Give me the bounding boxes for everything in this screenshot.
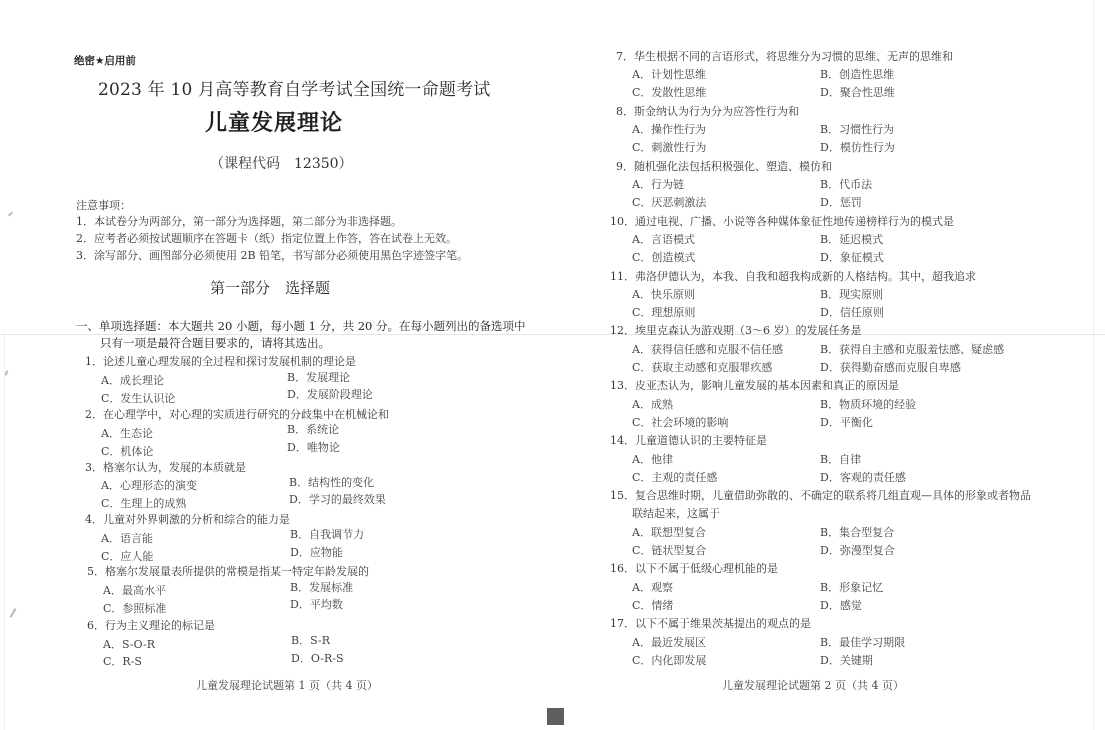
- section-heading: 一、单项选择题：本大题共 20 小题，每小题 1 分，共 20 分。在每小题列出…: [76, 318, 526, 334]
- option-c: C．刺激性行为: [632, 139, 706, 155]
- option-c: C．厌恶刺激法: [632, 194, 706, 210]
- question-stem: 16．以下不属于低级心理机能的是: [610, 560, 778, 576]
- option-c: C．主观的责任感: [632, 469, 717, 485]
- question-stem: 10．通过电视、广播、小说等各种媒体象征性地传递榜样行为的模式是: [610, 213, 954, 229]
- option-d: D．平衡化: [820, 414, 873, 430]
- question-stem: 12．埃里克森认为游戏期（3～6 岁）的发展任务是: [610, 322, 862, 338]
- exam-page-2: 7．华生根据不同的言语形式，将思维分为习惯的思维、无声的思维和 A．计划性思维 …: [560, 0, 1105, 730]
- question-stem: 9．随机强化法包括积极强化、塑造、模仿和: [616, 158, 832, 174]
- question-stem: 13．皮亚杰认为，影响儿童发展的基本因素和真正的原因是: [610, 377, 899, 393]
- option-a: A．他律: [632, 451, 673, 467]
- option-b: B．自律: [820, 451, 861, 467]
- option-a: A．语言能: [101, 530, 153, 546]
- option-b: B．代币法: [820, 176, 872, 192]
- question-stem: 6．行为主义理论的标记是: [87, 617, 215, 633]
- option-b: B．物质环境的经验: [820, 396, 916, 412]
- option-d: D．聚合性思维: [820, 84, 895, 100]
- option-c: C．获取主动感和克服罪疚感: [632, 359, 772, 375]
- option-d: D．平均数: [290, 596, 343, 612]
- notes-title: 注意事项：: [76, 197, 131, 213]
- option-b: B．最佳学习期限: [820, 634, 905, 650]
- question-stem-cont: 联结起来，这属于: [632, 505, 720, 521]
- option-a: A．S-O-R: [103, 636, 155, 652]
- section-heading-cont: 只有一项是最符合题目要求的，请将其选出。: [100, 335, 330, 351]
- option-c: C．情绪: [632, 597, 673, 613]
- option-a: A．计划性思维: [632, 66, 706, 82]
- question-stem: 8．斯金纳认为行为分为应答性行为和: [616, 103, 799, 119]
- page-footer: 儿童发展理论试题第 1 页（共 4 页）: [196, 677, 378, 693]
- option-b: B．发展标准: [290, 579, 353, 595]
- option-b: B．获得自主感和克服羞怯感、疑虑感: [820, 341, 1004, 357]
- option-b: B．现实原则: [820, 286, 883, 302]
- course-code: （课程代码 12350）: [210, 153, 353, 173]
- option-c: C．R-S: [103, 653, 142, 669]
- option-d: D．模仿性行为: [820, 139, 895, 155]
- note-item: 1．本试卷分为两部分，第一部分为选择题，第二部分为非选择题。: [76, 213, 402, 229]
- option-d: D．弥漫型复合: [820, 542, 895, 558]
- exam-page-1: 绝密★启用前 2023 年 10 月高等教育自学考试全国统一命题考试 儿童发展理…: [0, 0, 560, 730]
- option-d: D．信任原则: [820, 304, 884, 320]
- option-c: C．理想原则: [632, 304, 695, 320]
- option-b: B．集合型复合: [820, 524, 894, 540]
- option-d: D．应物能: [290, 544, 343, 560]
- option-c: C．机体论: [101, 443, 153, 459]
- option-a: A．最近发展区: [632, 634, 706, 650]
- option-d: D．象征模式: [820, 249, 884, 265]
- option-a: A．最高水平: [103, 582, 166, 598]
- option-c: C．发散性思维: [632, 84, 706, 100]
- option-c: C．链状型复合: [632, 542, 706, 558]
- option-a: A．生态论: [101, 425, 153, 441]
- question-stem: 5．格塞尔发展量表所提供的常模是指某一特定年龄发展的: [87, 563, 369, 579]
- question-stem: 1．论述儿童心理发展的全过程和探讨发展机制的理论是: [85, 353, 356, 369]
- option-a: A．心理形态的演变: [101, 477, 197, 493]
- question-stem: 7．华生根据不同的言语形式，将思维分为习惯的思维、无声的思维和: [616, 48, 953, 64]
- note-item: 3．涂写部分、画图部分必须使用 2B 铅笔，书写部分必须使用黑色字迹签字笔。: [76, 247, 468, 263]
- question-stem: 2．在心理学中，对心理的实质进行研究的分歧集中在机械论和: [85, 406, 389, 422]
- option-a: A．获得信任感和克服不信任感: [632, 341, 783, 357]
- option-a: A．操作性行为: [632, 121, 706, 137]
- option-b: B．习惯性行为: [820, 121, 894, 137]
- note-item: 2．应考者必须按试题顺序在答题卡（纸）指定位置上作答，答在试卷上无效。: [76, 230, 457, 246]
- confidential-label: 绝密★启用前: [74, 53, 136, 68]
- option-b: B．延迟模式: [820, 231, 883, 247]
- option-d: D．感觉: [820, 597, 862, 613]
- question-stem: 15．复合思维时期，儿童借助弥散的、不确定的联系将几组直观—具体的形象或者物品: [610, 487, 1031, 503]
- option-c: C．生理上的成熟: [101, 495, 186, 511]
- option-b: B．发展理论: [287, 369, 350, 385]
- question-stem: 11．弗洛伊德认为，本我、自我和超我构成新的人格结构。其中，超我追求: [610, 268, 976, 284]
- option-b: B．自我调节力: [290, 526, 364, 542]
- option-b: B．形象记忆: [820, 579, 883, 595]
- option-c: C．参照标准: [103, 600, 166, 616]
- page-footer: 儿童发展理论试题第 2 页（共 4 页）: [722, 677, 904, 693]
- exam-title: 2023 年 10 月高等教育自学考试全国统一命题考试: [98, 75, 491, 100]
- option-d: D．发展阶段理论: [287, 386, 373, 402]
- option-c: C．内化即发展: [632, 652, 706, 668]
- option-c: C．应人能: [101, 548, 153, 564]
- option-d: D．O-R-S: [291, 650, 344, 666]
- option-a: A．观察: [632, 579, 673, 595]
- option-b: B．S-R: [291, 632, 330, 648]
- option-b: B．系统论: [287, 421, 339, 437]
- question-stem: 3．格塞尔认为，发展的本质就是: [85, 459, 246, 475]
- option-c: C．社会环境的影响: [632, 414, 728, 430]
- option-c: C．发生认识论: [101, 390, 175, 406]
- option-c: C．创造模式: [632, 249, 695, 265]
- part-one-title: 第一部分 选择题: [210, 277, 330, 298]
- option-d: D．关键期: [820, 652, 873, 668]
- option-d: D．客观的责任感: [820, 469, 906, 485]
- option-d: D．唯物论: [287, 439, 340, 455]
- scan-registration-mark: [547, 708, 564, 725]
- subject-title: 儿童发展理论: [205, 106, 343, 137]
- option-a: A．快乐原则: [632, 286, 695, 302]
- option-b: B．创造性思维: [820, 66, 894, 82]
- question-stem: 4．儿童对外界刺激的分析和综合的能力是: [85, 511, 290, 527]
- option-d: D．惩罚: [820, 194, 862, 210]
- option-b: B．结构性的变化: [289, 474, 374, 490]
- option-d: D．获得勤奋感而克服自卑感: [820, 359, 961, 375]
- question-stem: 14．儿童道德认识的主要特征是: [610, 432, 767, 448]
- option-a: A．行为链: [632, 176, 684, 192]
- option-a: A．联想型复合: [632, 524, 706, 540]
- option-a: A．成熟: [632, 396, 673, 412]
- option-a: A．言语模式: [632, 231, 695, 247]
- option-a: A．成长理论: [101, 372, 164, 388]
- question-stem: 17．以下不属于维果茨基提出的观点的是: [610, 615, 811, 631]
- option-d: D．学习的最终效果: [289, 491, 386, 507]
